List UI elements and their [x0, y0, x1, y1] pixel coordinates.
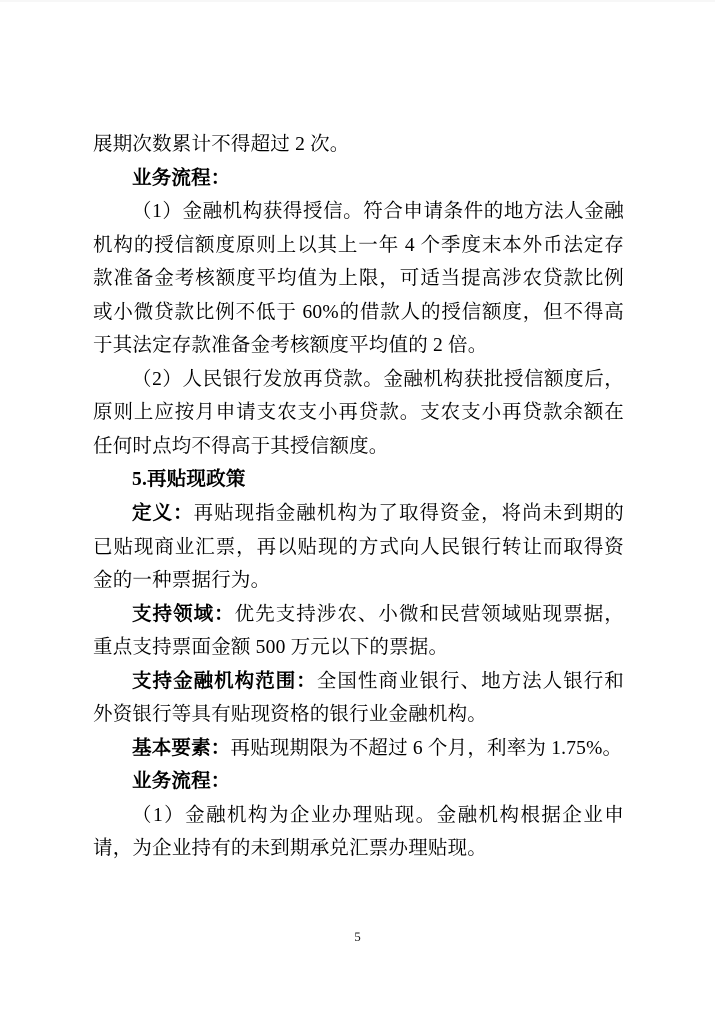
paragraph-bold-lead: 基本要素： — [132, 738, 231, 759]
paragraph: （2）人民银行发放再贷款。金融机构获批授信额度后，原则上应按月申请支农支小再贷款… — [93, 363, 624, 464]
document-page: 展期次数累计不得超过 2 次。业务流程：（1）金融机构获得授信。符合申请条件的地… — [0, 0, 715, 1011]
paragraph-bold-lead: 业务流程： — [132, 168, 231, 189]
paragraph: 基本要素：再贴现期限为不超过 6 个月，利率为 1.75%。 — [93, 732, 624, 766]
section-heading: 业务流程： — [93, 765, 624, 799]
page-top-edge — [0, 0, 715, 2]
paragraph: （1）金融机构获得授信。符合申请条件的地方法人金融机构的授信额度原则上以其上一年… — [93, 195, 624, 363]
document-body: 展期次数累计不得超过 2 次。业务流程：（1）金融机构获得授信。符合申请条件的地… — [93, 128, 624, 866]
paragraph-text: （2）人民银行发放再贷款。金融机构获批授信额度后，原则上应按月申请支农支小再贷款… — [93, 369, 624, 457]
paragraph-bold-lead: 支持金融机构范围： — [132, 671, 317, 692]
page-number: 5 — [354, 929, 361, 944]
paragraph: 支持领域：优先支持涉农、小微和民营领域贴现票据，重点支持票面金额 500 万元以… — [93, 598, 624, 665]
paragraph: 定义：再贴现指金融机构为了取得资金，将尚未到期的已贴现商业汇票，再以贴现的方式向… — [93, 497, 624, 598]
paragraph-bold-lead: 支持领域： — [132, 604, 235, 625]
paragraph-text: 展期次数累计不得超过 2 次。 — [93, 134, 350, 155]
paragraph-bold-lead: 业务流程： — [132, 771, 231, 792]
paragraph-bold-lead: 5.再贴现政策 — [132, 469, 246, 490]
section-heading: 业务流程： — [93, 162, 624, 196]
paragraph: （1）金融机构为企业办理贴现。金融机构根据企业申请，为企业持有的未到期承兑汇票办… — [93, 799, 624, 866]
page-footer: 5 — [0, 928, 715, 946]
paragraph-bold-lead: 定义： — [132, 503, 194, 524]
paragraph-text: 再贴现期限为不超过 6 个月，利率为 1.75%。 — [231, 738, 623, 759]
paragraph-text: （1）金融机构为企业办理贴现。金融机构根据企业申请，为企业持有的未到期承兑汇票办… — [93, 805, 624, 860]
paragraph: 支持金融机构范围：全国性商业银行、地方法人银行和外资银行等具有贴现资格的银行业金… — [93, 665, 624, 732]
section-heading: 5.再贴现政策 — [93, 463, 624, 497]
paragraph-text: （1）金融机构获得授信。符合申请条件的地方法人金融机构的授信额度原则上以其上一年… — [93, 201, 624, 356]
paragraph: 展期次数累计不得超过 2 次。 — [93, 128, 624, 162]
